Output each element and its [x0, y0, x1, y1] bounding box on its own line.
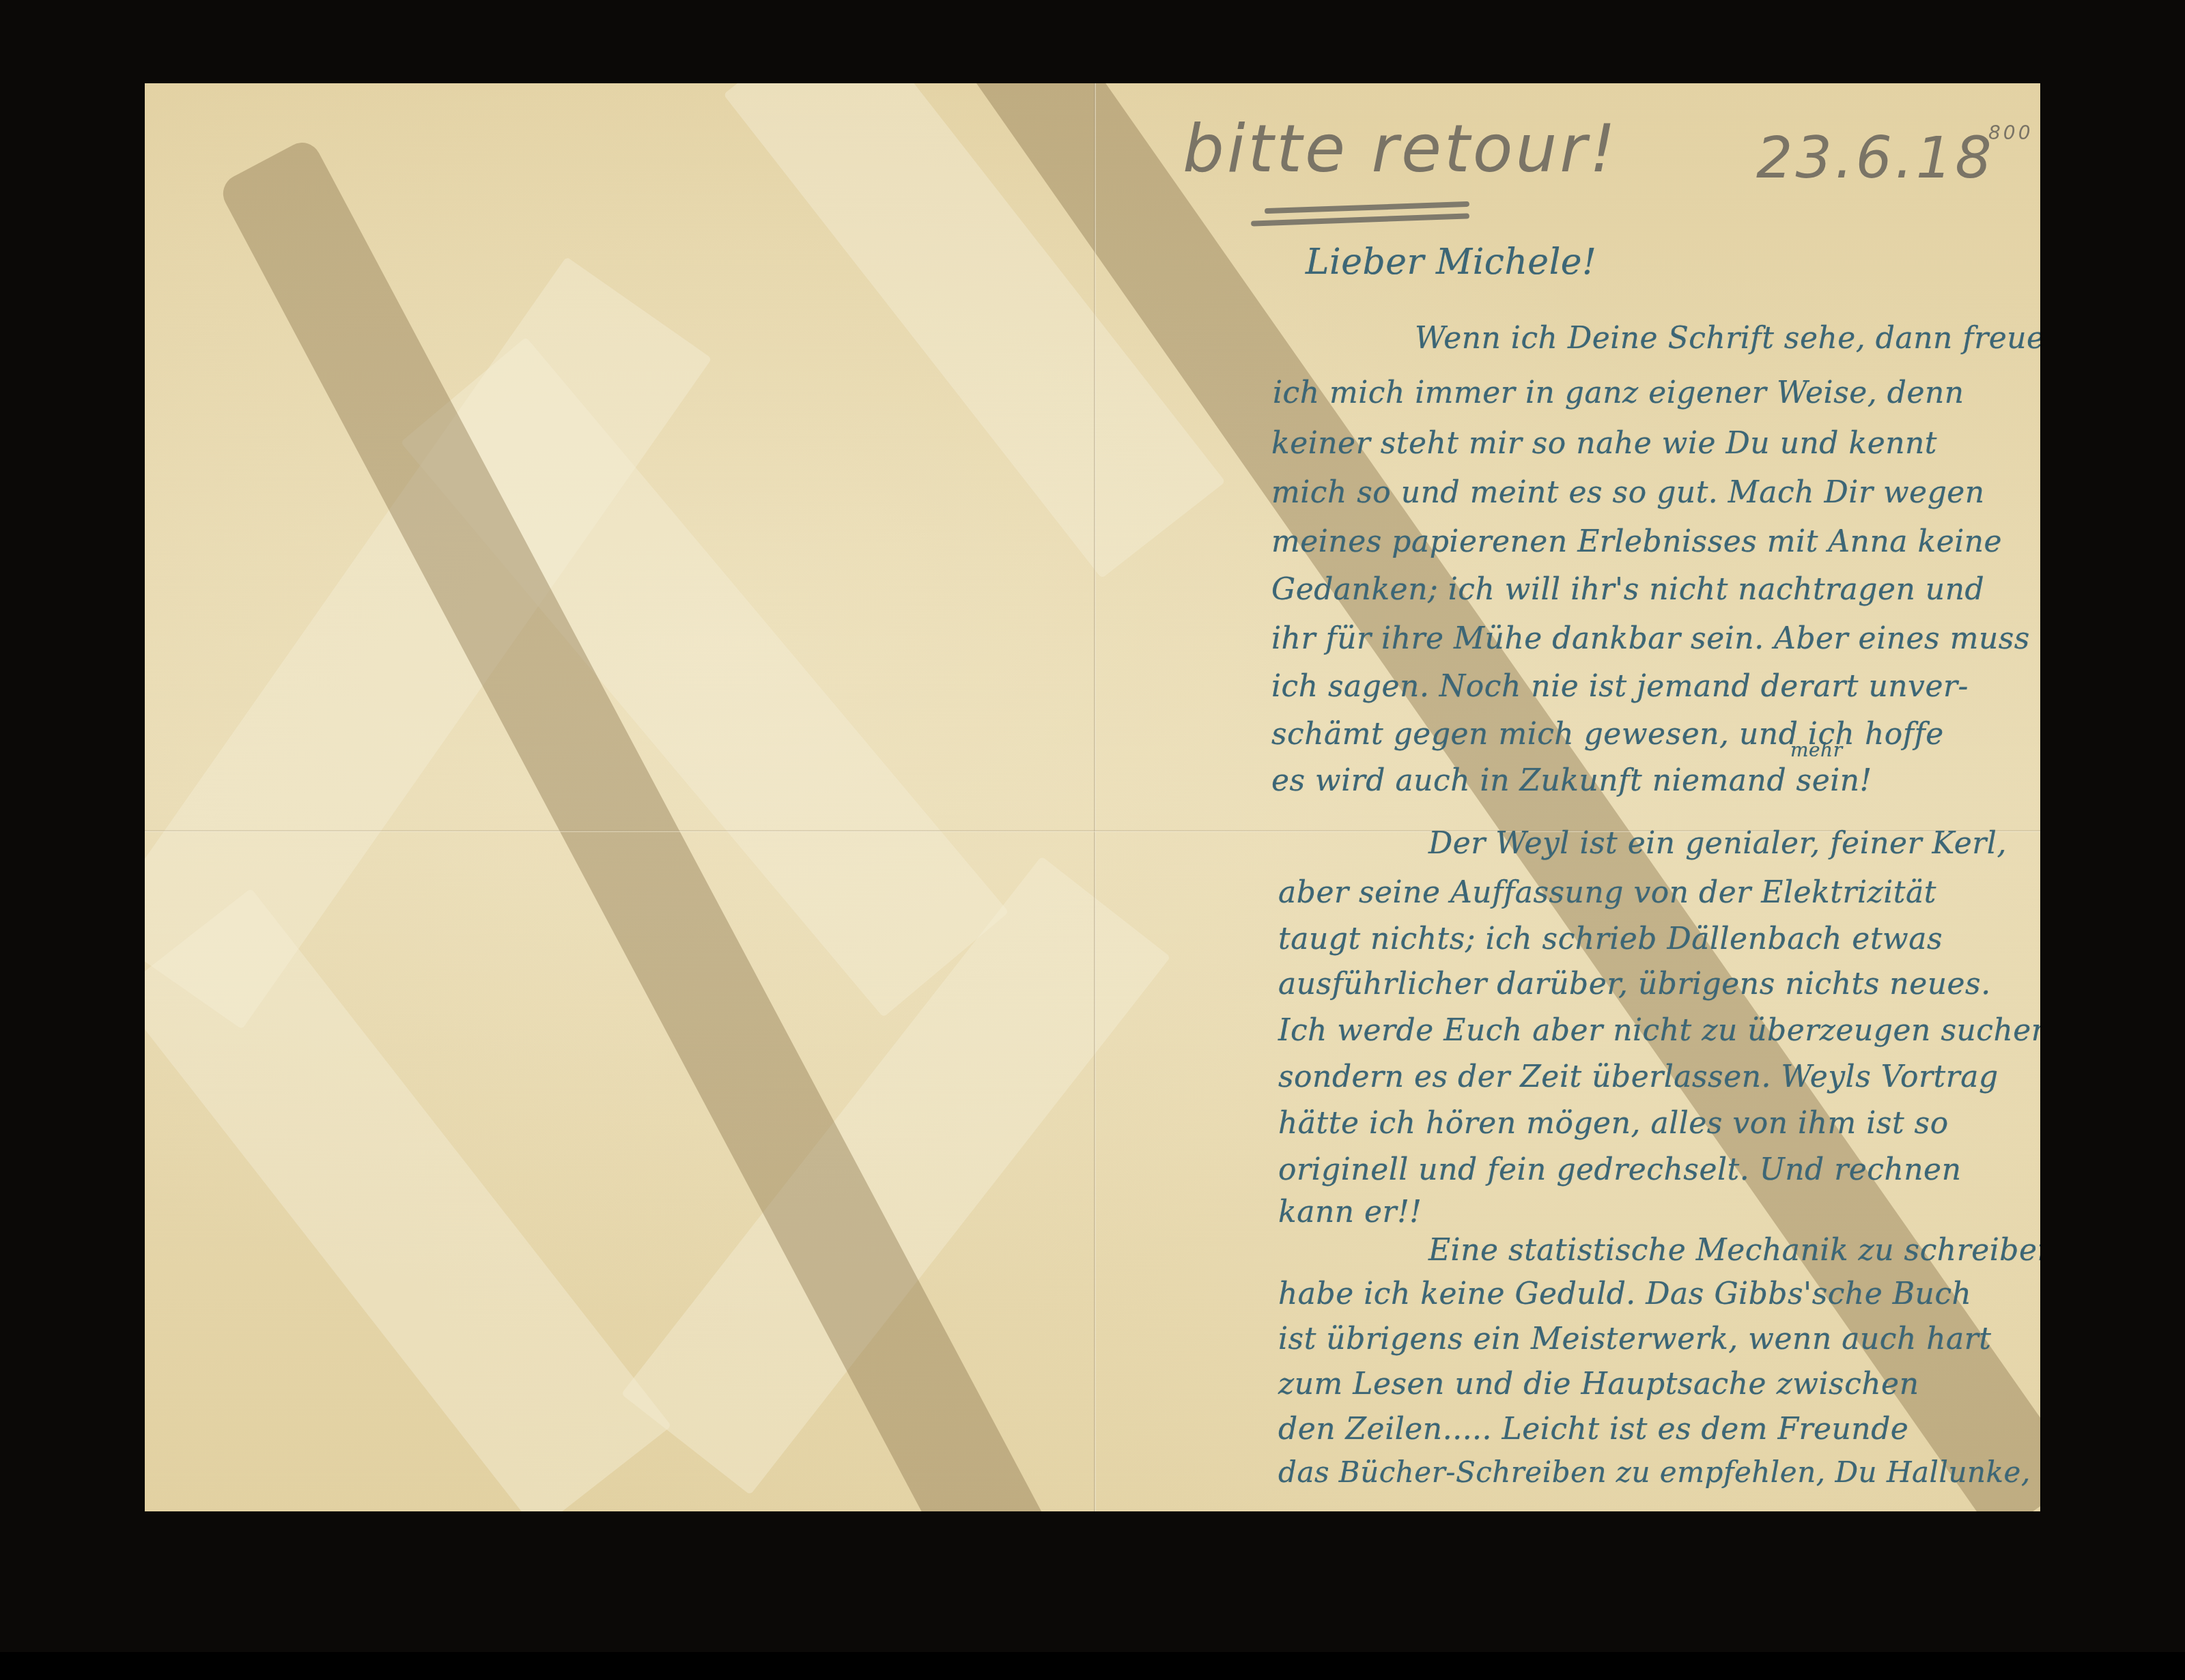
letter-sheet-overlay [145, 83, 2040, 1511]
